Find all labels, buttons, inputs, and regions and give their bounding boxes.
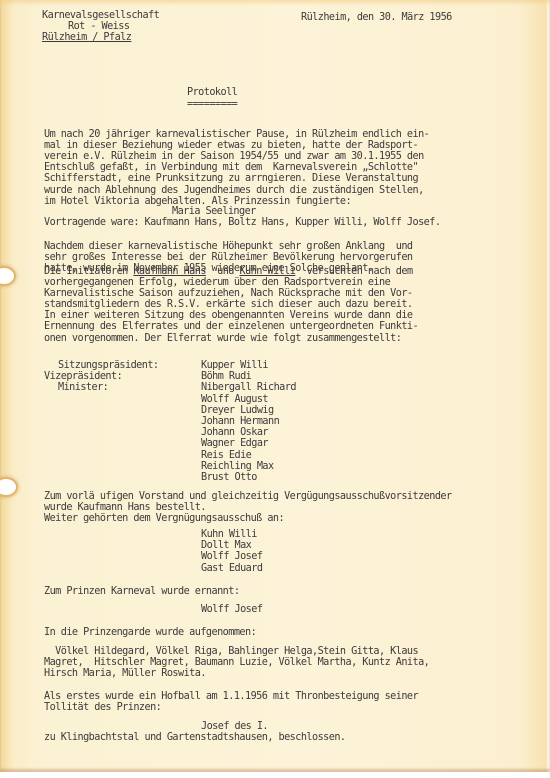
- committee-member: Kuhn Willi: [201, 529, 257, 540]
- prince-heading: Zum Prinzen Karneval wurde ernannt:: [44, 586, 239, 597]
- princess-name: Maria Seelinger: [172, 206, 256, 217]
- text-line: Um nach 20 jähriger karnevalistischer Pa…: [44, 129, 429, 140]
- text-line: wurde nach Ablehnung des Jugendheimes du…: [44, 185, 424, 196]
- role-holder: Böhm Rudi: [201, 371, 251, 382]
- text-line: Weiter gehörten dem Vergnügungsausschuß …: [44, 513, 284, 524]
- minister-name: Reis Edie: [201, 450, 251, 461]
- prince-name: Wolff Josef: [201, 604, 262, 615]
- minister-name: Johann Oskar: [201, 427, 268, 438]
- role-holder: Kupper Willi: [201, 360, 268, 371]
- final-line: zu Klingbachtstal und Gartenstadtshausen…: [44, 732, 346, 743]
- text-line: wurde Kaufmann Hans bestellt.: [44, 502, 206, 513]
- minister-name: Brust Otto: [201, 472, 257, 483]
- committee-member: Wolff Josef: [201, 551, 262, 562]
- text-line: Karnevalistische Saison aufzuziehen, Nac…: [44, 288, 413, 299]
- text-line: onen vorgenommen. Der Elferrat wurde wie…: [44, 333, 401, 344]
- role-label: Minister:: [58, 382, 108, 393]
- initiator-kaufmann: Kaufmann Hans: [133, 266, 206, 277]
- role-label: Sitzungspräsident:: [58, 360, 159, 371]
- role-holder: Nibergall Richard: [201, 382, 296, 393]
- guard-line: Völkel Hildegard, Völkel Riga, Bahlinger…: [44, 646, 418, 657]
- minister-name: Wagner Edgar: [201, 438, 268, 449]
- text-line: im Hotel Viktoria abgehalten. Als Prinze…: [44, 196, 351, 207]
- role-label: Vizepräsident:: [44, 371, 122, 382]
- text-line: Entschluß gefaßt, in Verbindung mit dem …: [44, 162, 418, 173]
- text-line: vorhergegangenen Erfolg, wiederum über d…: [44, 277, 390, 288]
- prince-title: Josef des I.: [201, 721, 268, 732]
- page-title: Protokoll: [187, 87, 237, 98]
- guard-line: Magret, Hitschler Magret, Baumann Luzie,…: [44, 657, 429, 668]
- guard-line: Hirsch Maria, Müller Roswita.: [44, 668, 206, 679]
- text-line: Nachdem dieser karnevalistische Höhepunk…: [44, 241, 413, 252]
- text-line: Als erstes wurde ein Hofball am 1.1.1956…: [44, 691, 418, 702]
- committee-member: Dollt Max: [201, 540, 251, 551]
- committee-member: Gast Eduard: [201, 563, 262, 574]
- text-line: In einer weiteren Sitzung des obengenann…: [44, 310, 413, 321]
- letterhead-org-colors: Rot - Weiss: [68, 21, 129, 32]
- minister-name: Wolff August: [201, 394, 268, 405]
- text-line: Ernennung des Elferrates und der einzele…: [44, 321, 418, 332]
- text-line: sehr großes Interesse bei der Rülzheimer…: [44, 252, 413, 263]
- text-line: standsmitgliedern des R.S.V. erkärte sic…: [44, 299, 413, 310]
- text-line: Schifferstadt, eine Prunksitzung zu arrn…: [44, 173, 418, 184]
- place-date: Rülzheim, den 30. März 1956: [301, 12, 452, 23]
- text-line: Tollität des Prinzen:: [44, 702, 161, 713]
- minister-name: Johann Hermann: [201, 416, 279, 427]
- minister-name: Reichling Max: [201, 461, 274, 472]
- minister-name: Dreyer Ludwig: [201, 405, 274, 416]
- title-underline: =========: [187, 99, 237, 110]
- letterhead-org-name: Karnevalsgesellschaft: [42, 10, 159, 21]
- guard-heading: In die Prinzengarde wurde aufgenommen:: [44, 627, 256, 638]
- text-line: Zum vorlä ufigen Vorstand und gleichzeit…: [44, 491, 452, 502]
- text-line: mal in dieser Beziehung wieder etwas zu …: [44, 140, 418, 151]
- initiator-kuhn: Kuhn Willi: [239, 266, 295, 277]
- scan-border: [0, 772, 550, 778]
- initiators-line: Die Initiatoren Kaufmann Hans und Kuhn W…: [44, 266, 413, 277]
- speakers-line: Vortragende ware: Kaufmann Hans, Boltz H…: [44, 217, 440, 228]
- letterhead-org-location: Rülzheim / Pfalz: [42, 32, 173, 43]
- text-line: verein e.V. Rülzheim in der Saison 1954/…: [44, 151, 424, 162]
